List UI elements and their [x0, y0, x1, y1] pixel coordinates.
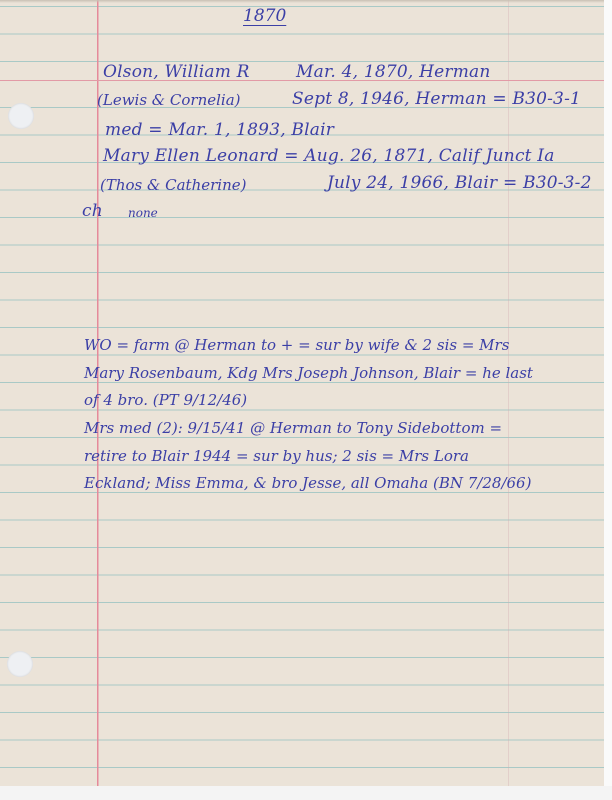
notebook-page: 1870 Olson, William R Mar. 4, 1870, Herm… — [0, 0, 604, 786]
subject-parents: (Lewis & Cornelia) — [97, 93, 241, 108]
children-value: none — [128, 207, 158, 219]
scan-edge-right — [604, 0, 612, 800]
notes-line-1: WO = farm @ Herman to + = sur by wife & … — [84, 338, 509, 353]
spouse-death: July 24, 1966, Blair = B30-3-2 — [327, 175, 592, 192]
notes-line-3: of 4 bro. (PT 9/12/46) — [84, 393, 247, 408]
subject-name: Olson, William R — [103, 64, 250, 81]
notes-line-4: Mrs med (2): 9/15/41 @ Herman to Tony Si… — [84, 421, 502, 436]
notes-line-5: retire to Blair 1944 = sur by hus; 2 sis… — [84, 449, 469, 464]
spouse-parents: (Thos & Catherine) — [100, 178, 246, 193]
subject-birth: Mar. 4, 1870, Herman — [296, 64, 491, 81]
page-heading-year: 1870 — [243, 8, 286, 25]
marriage-record: med = Mar. 1, 1893, Blair — [105, 122, 334, 139]
notes-line-2: Mary Rosenbaum, Kdg Mrs Joseph Johnson, … — [84, 366, 533, 381]
scan-edge-bottom — [0, 786, 612, 800]
punch-hole-top — [8, 103, 34, 129]
subject-death: Sept 8, 1946, Herman = B30-3-1 — [292, 91, 581, 108]
punch-hole-bottom — [7, 651, 33, 677]
notes-line-6: Eckland; Miss Emma, & bro Jesse, all Oma… — [84, 476, 531, 491]
page-top-shadow — [0, 0, 604, 3]
children-label: ch — [82, 203, 103, 220]
spouse-record: Mary Ellen Leonard = Aug. 26, 1871, Cali… — [103, 148, 555, 165]
